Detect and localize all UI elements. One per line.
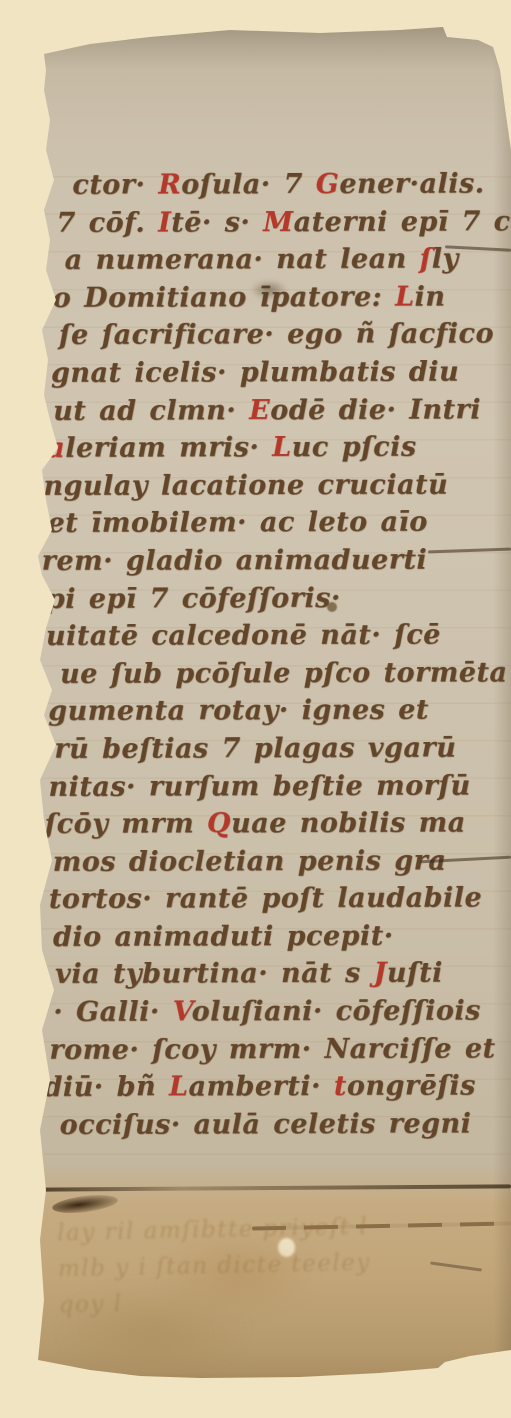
manuscript-line: gumenta rotay· ignes et	[48, 692, 511, 731]
ink-text: oluſiani· cōfeſſiois	[192, 995, 481, 1027]
manuscript-line: o Domitiano īpatore: Lin	[53, 278, 510, 317]
manuscript-line: uitatē calcedonē nāt· ſcē	[46, 616, 511, 655]
ink-text: uc pſcis	[292, 432, 417, 463]
ink-text: dio animaduti pcepit·	[53, 920, 394, 952]
rubric-letter: L	[272, 432, 292, 463]
rubric-letter: R	[158, 169, 181, 200]
ink-text: ngulay lacatione cruciatū	[43, 469, 448, 501]
faded-text-block: lay ril amſibtte priyeſt lmlb y i ſtan d…	[57, 1209, 372, 1324]
manuscript-photo: ctor· Roſula· 7 Gener·alis.7 cōf. Itē· s…	[0, 0, 511, 1418]
ink-text: odē die· Intri	[270, 394, 481, 426]
manuscript-line: diū· bñ Lamberti· tongrēſis	[43, 1067, 511, 1106]
ink-text: ener·alis.	[339, 168, 484, 200]
rubric-letter: L	[169, 1072, 189, 1103]
manuscript-line: aleriam mris· Luc pſcis	[47, 428, 510, 467]
rubric-letter: J	[374, 958, 387, 989]
manuscript-line: tortos· rantē poſt laudabile	[49, 879, 511, 918]
ink-text: amberti·	[188, 1071, 333, 1103]
ink-text: uſti	[387, 958, 443, 989]
fold-crease	[40, 1184, 511, 1191]
ink-text: ſcōy mrm	[45, 808, 208, 840]
ink-text: mos diocletian penis gra	[53, 845, 447, 877]
parchment-fragment: ctor· Roſula· 7 Gener·alis.7 cōf. Itē· s…	[0, 0, 511, 1418]
manuscript-line: gnat icelis· plumbatis diu	[51, 353, 510, 392]
manuscript-line: rome· ſcoy mrm· Narciſſe et	[49, 1030, 511, 1069]
crack-line	[430, 1261, 482, 1271]
manuscript-line: ue ſub pcōſule pſco tormēta	[60, 654, 511, 693]
ink-text: ctor·	[72, 169, 158, 200]
ink-text: nitas· rurſum beſtie morſū	[48, 770, 470, 802]
ink-text: uitatē calcedonē nāt· ſcē	[46, 620, 441, 652]
manuscript-line: via tyburtina· nāt s Juſti	[55, 955, 511, 994]
rubric-letter: ſ	[420, 244, 432, 275]
ink-text: rome· ſcoy mrm· Narciſſe et	[49, 1033, 495, 1066]
manuscript-line: ctor· Roſula· 7 Gener·alis.	[72, 165, 509, 204]
rubric-letter: I	[158, 207, 171, 238]
faded-manuscript-line: qoy l	[58, 1281, 372, 1324]
ink-text: gumenta rotay· ignes et	[48, 695, 429, 727]
ink-text: ſe ſacrificare· ego ñ ſacfico	[59, 319, 494, 352]
manuscript-line: ſcōy mrm Quae nobilis ma	[45, 804, 511, 843]
rubric-letter: L	[395, 281, 415, 312]
ink-text: oſula· 7	[181, 169, 316, 200]
ink-text: a numerana· nat lean	[65, 244, 420, 276]
manuscript-line: pi epī 7 cōfeſſoris·	[46, 579, 511, 618]
ink-text: aterni epī 7 cōf.	[294, 206, 511, 238]
ink-text: in	[414, 281, 445, 312]
ink-text: diū· bñ	[43, 1072, 169, 1103]
manuscript-line: occiſus· aulā celetis regni	[60, 1105, 511, 1144]
manuscript-line: rū beſtias 7 plagas vgarū	[54, 729, 511, 768]
ink-text: ue ſub pcōſule pſco tormēta	[60, 657, 508, 690]
rubric-letter: G	[316, 169, 340, 200]
manuscript-line: a numerana· nat lean ſly	[65, 240, 510, 279]
rubric-letter: E	[249, 395, 270, 426]
rubric-letter: M	[263, 207, 293, 238]
ink-text: tortos· rantē poſt laudabile	[49, 883, 482, 916]
ink-text: tē· s·	[171, 207, 263, 238]
manuscript-line: ſe ſacrificare· ego ñ ſacfico	[59, 316, 510, 355]
ink-text: pi epī 7 cōfeſſoris·	[46, 582, 341, 614]
text-block: ctor· Roſula· 7 Gener·alis.7 cōf. Itē· s…	[50, 165, 511, 1144]
fold-dark-blotch	[51, 1192, 118, 1216]
ink-text: ut ad clmn·	[53, 395, 249, 427]
ink-text: rū beſtias 7 plagas vgarū	[54, 732, 456, 764]
ink-text: ongrēſis	[347, 1071, 476, 1102]
ink-text: · Galli·	[53, 996, 173, 1027]
manuscript-line: et īmobilem· ac leto aīo	[47, 504, 510, 543]
ink-text: gnat icelis· plumbatis diu	[51, 356, 459, 388]
rubric-letter: V	[173, 996, 192, 1027]
manuscript-line: 7 cōf. Itē· s· Materni epī 7 cōf.	[56, 203, 509, 242]
rubric-letter: a	[47, 433, 65, 464]
ink-text: uae nobilis ma	[231, 807, 466, 839]
manuscript-line: · Galli· Voluſiani· cōfeſſiois	[53, 992, 511, 1031]
manuscript-line: ngulay lacatione cruciatū	[43, 466, 510, 505]
manuscript-line: ut ad clmn· Eodē die· Intri	[53, 391, 510, 430]
manuscript-line: dio animaduti pcepit·	[53, 917, 511, 956]
ink-text: et īmobilem· ac leto aīo	[47, 507, 427, 539]
ink-text: via tyburtina· nāt s	[55, 958, 374, 990]
rubric-letter: Q	[207, 808, 231, 839]
ink-text: rem· gladio animaduerti	[42, 544, 428, 576]
ink-text: occiſus· aulā celetis regni	[60, 1108, 472, 1140]
rubric-letter: t	[334, 1071, 347, 1102]
manuscript-line: nitas· rurſum beſtie morſū	[48, 767, 511, 806]
ink-text: leriam mris·	[65, 432, 272, 464]
ink-text: o Domitiano īpatore:	[53, 281, 395, 313]
manuscript-line: rem· gladio animaduerti	[42, 541, 511, 580]
ink-text: 7 cōf.	[56, 207, 158, 238]
